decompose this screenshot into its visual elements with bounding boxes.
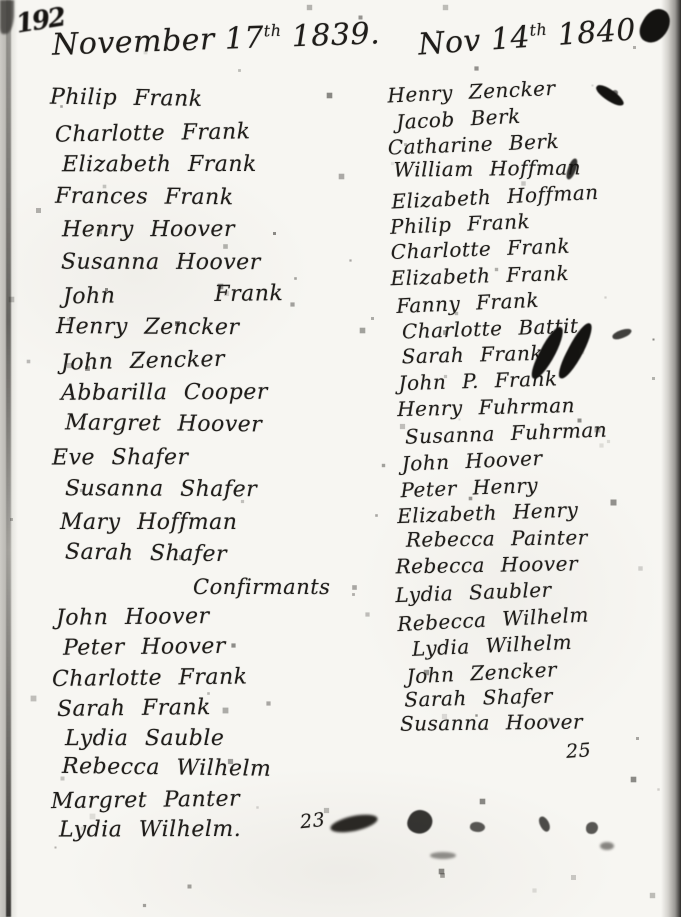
- register-entry: Rebecca Wilhelm: [62, 752, 372, 787]
- date-ordinal: th: [263, 21, 281, 41]
- register-entry: Henry Hoover: [62, 214, 372, 247]
- column-1839: Philip FrankCharlotte FrankElizabeth Fra…: [58, 84, 368, 846]
- register-entry: Margret Hoover: [65, 407, 375, 443]
- register-entry: Charlotte Frank: [52, 661, 362, 695]
- ink-blot: [469, 821, 486, 833]
- date-ordinal: th: [529, 20, 548, 40]
- register-entry: Susanna Hoover: [61, 246, 371, 279]
- register-entry: Lydia Sauble: [65, 723, 375, 754]
- tally-count-1839: 23: [299, 809, 326, 834]
- date-heading-1840: Nov 14th 1840: [417, 12, 637, 62]
- date-year: 1839.: [281, 16, 381, 54]
- confirmants-subheading: Confirmants: [193, 572, 368, 602]
- ink-smudge: [600, 842, 614, 850]
- ink-blot: [404, 806, 436, 838]
- register-entry: Elizabeth Frank: [62, 149, 372, 182]
- date-text: Nov 14: [417, 20, 531, 63]
- register-entry: John Hoover: [56, 600, 366, 634]
- paper-speckles: [0, 0, 1, 1]
- register-entry: Mary Hoffman: [60, 507, 370, 540]
- ink-smudge: [430, 852, 456, 859]
- register-entry: Rebecca Painter: [406, 522, 681, 552]
- tally-count-1840: 25: [565, 739, 592, 763]
- register-entry: Henry Zencker: [56, 311, 366, 345]
- ink-blot: [537, 815, 553, 833]
- manuscript-page: 192 November 17th 1839. Nov 14th 1840 Ph…: [0, 0, 681, 917]
- register-entry: Charlotte Frank: [55, 114, 365, 152]
- register-entry: John Zencker: [61, 340, 372, 380]
- register-entry: Philip Frank: [50, 82, 360, 119]
- register-entry: Sarah Frank: [57, 691, 367, 725]
- communicant-list-1839: Philip FrankCharlotte FrankElizabeth Fra…: [58, 84, 368, 572]
- register-entry: Eve Shafer: [52, 441, 362, 474]
- register-entry: Frances Frank: [55, 180, 365, 215]
- register-entry: John Frank: [63, 277, 373, 314]
- date-heading-1839: November 17th 1839.: [51, 16, 380, 62]
- register-entry: Susanna Hoover: [400, 708, 680, 738]
- date-year: 1840: [546, 12, 637, 53]
- ink-blot: [586, 822, 598, 834]
- register-entry: Sarah Shafer: [65, 537, 375, 574]
- column-1840: Henry ZenckerJacob BerkCatharine BerkWil…: [388, 72, 681, 739]
- register-entry: Susanna Shafer: [65, 473, 375, 507]
- date-text: November 17: [51, 20, 264, 62]
- register-entry: Abbarilla Cooper: [61, 376, 371, 410]
- register-entry: Peter Hoover: [63, 630, 373, 664]
- binding-crease: [6, 0, 11, 917]
